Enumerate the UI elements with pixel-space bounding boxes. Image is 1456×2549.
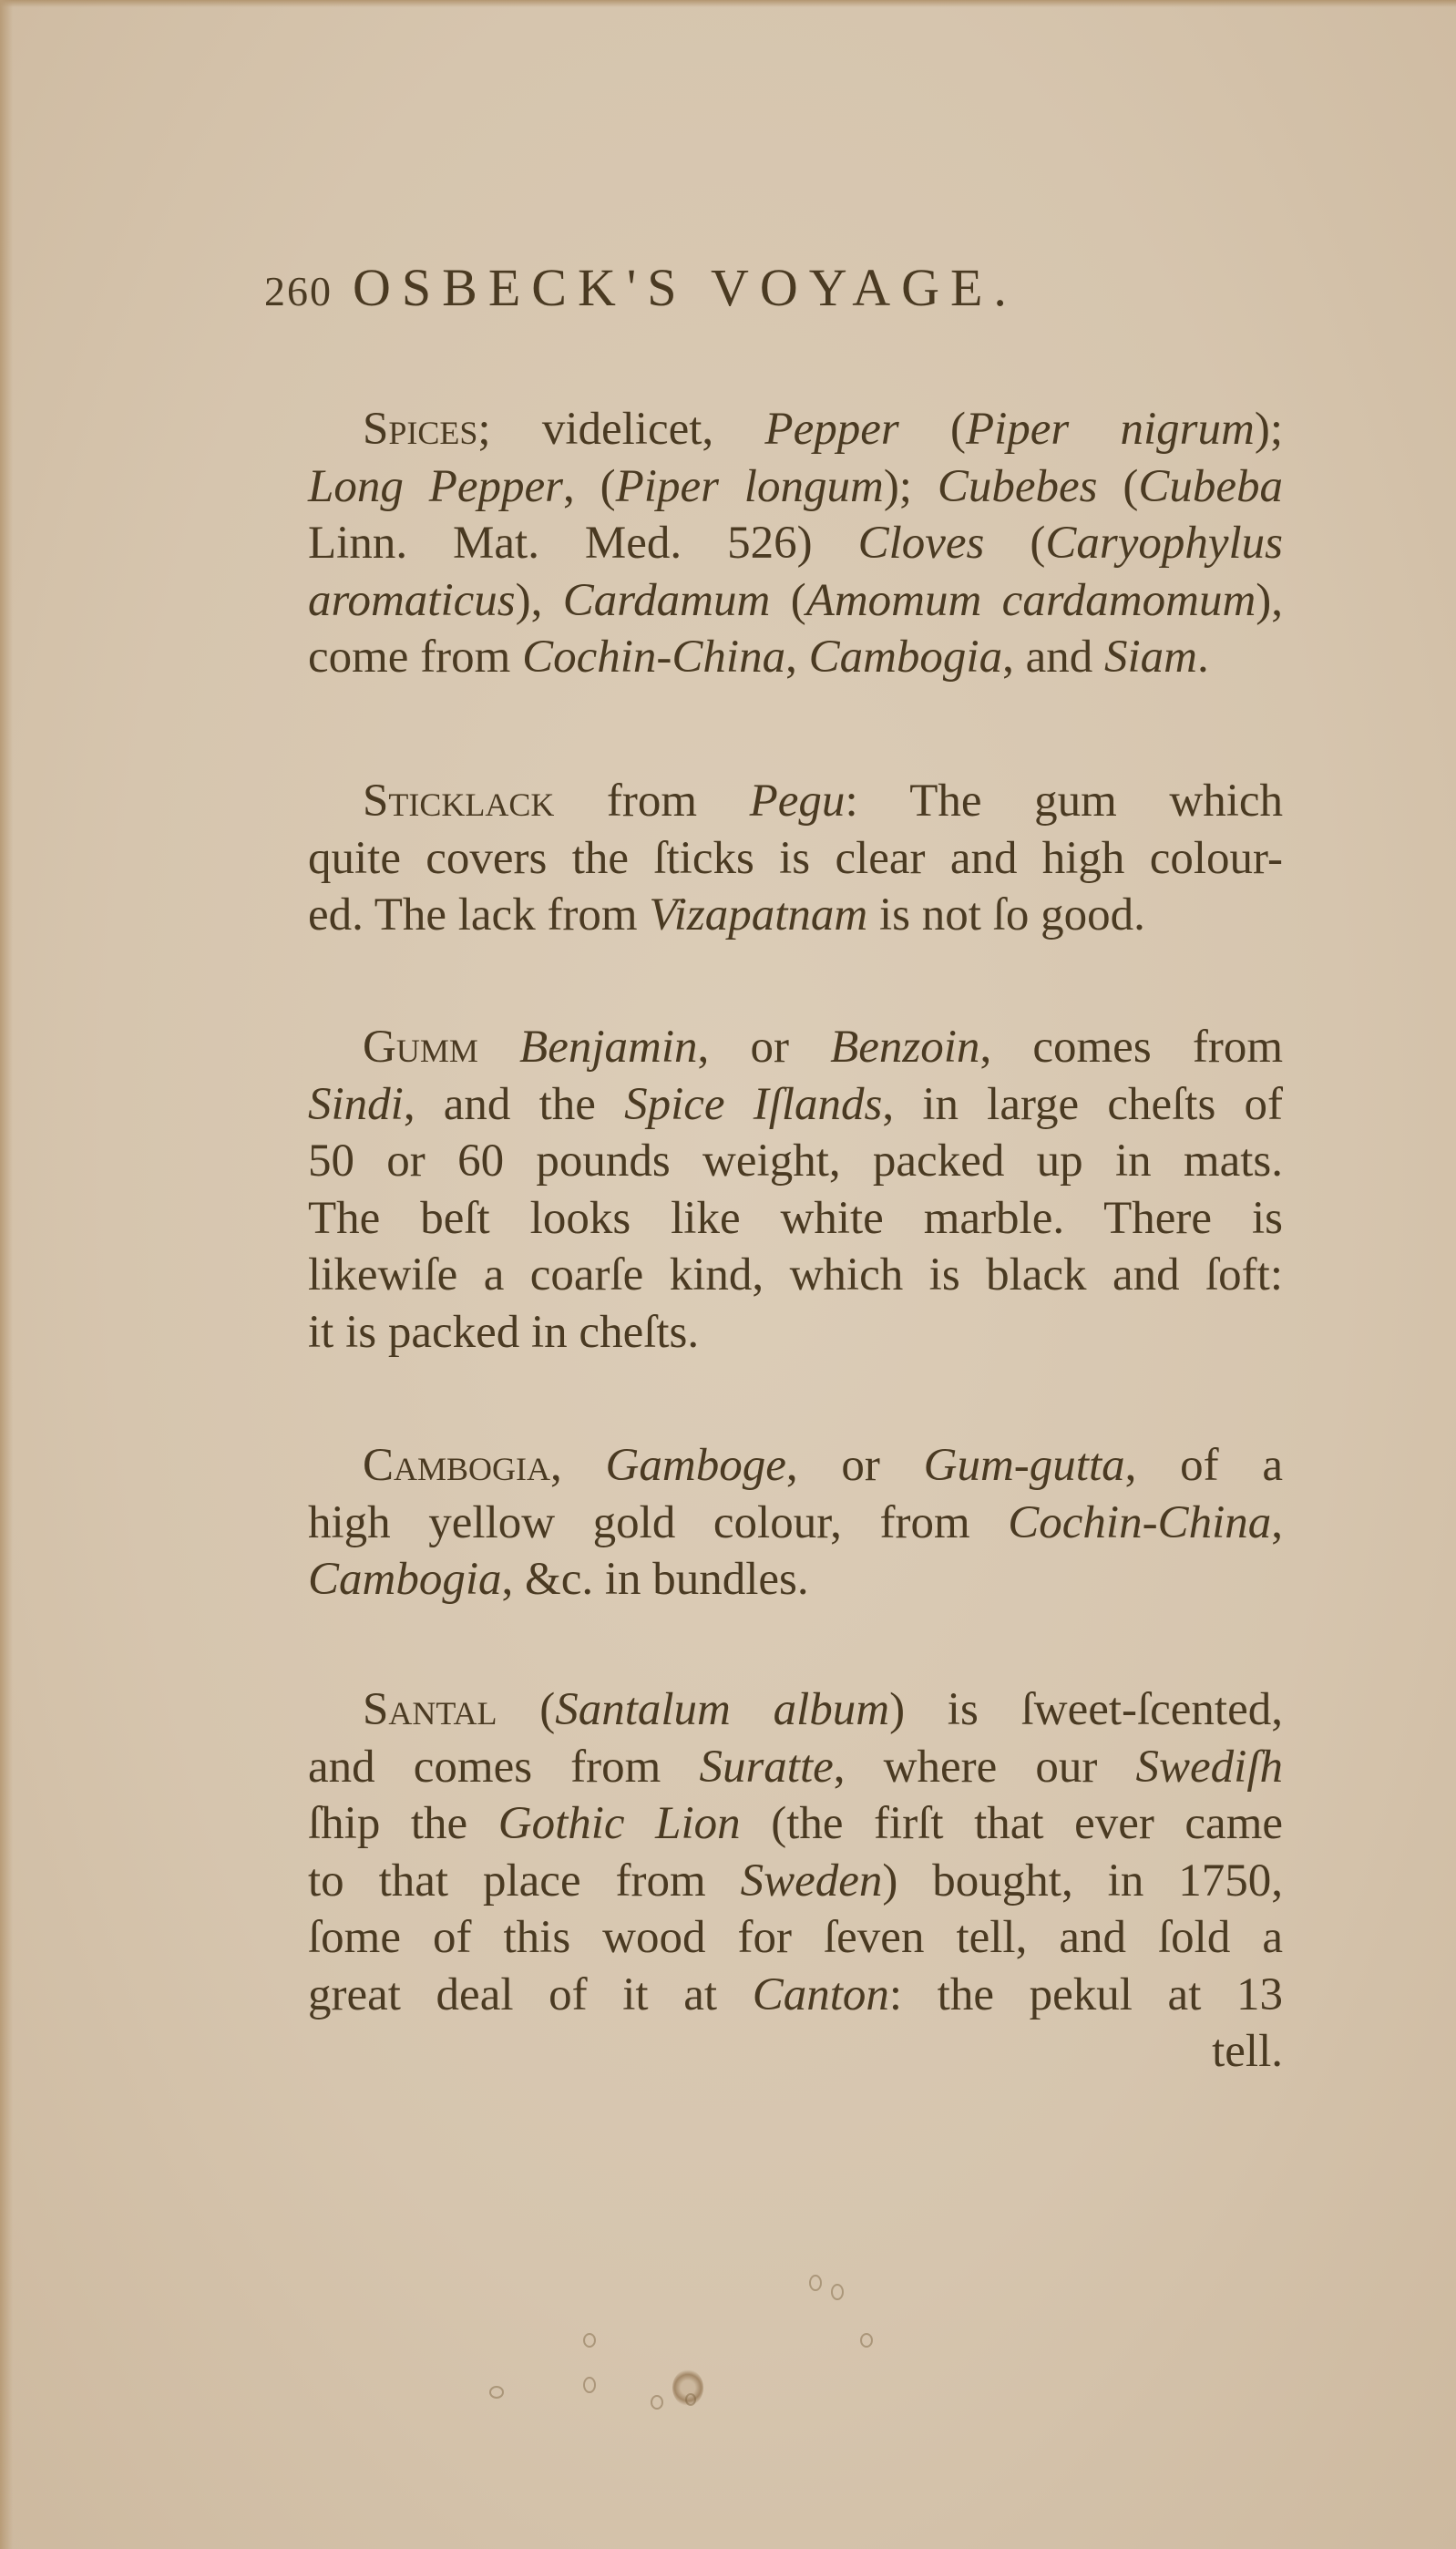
text-line: high yellow gold colour, from Cochin-Chi… (308, 1495, 1283, 1552)
text-run: : The gum which (845, 776, 1283, 827)
text-run: , (785, 632, 809, 683)
italic-term: Santalum album (555, 1684, 889, 1735)
text-line: The beſt looks like white marble. There … (308, 1190, 1283, 1248)
text-run: , in large cheſts of (882, 1079, 1283, 1130)
italic-term: Long Pepper (308, 461, 563, 512)
text-line: Long Pepper, (Piper longum); Cubebes (Cu… (308, 458, 1283, 516)
text-run: ( (1097, 461, 1138, 512)
text-line: ſome of this wood for ſeven tell, and ſo… (308, 1909, 1283, 1967)
text-run: 50 or 60 pounds weight, packed up in mat… (308, 1136, 1283, 1187)
italic-term: Sindi (308, 1079, 404, 1130)
text-run: ); (884, 461, 938, 512)
italic-term: Cubeba (1138, 461, 1283, 512)
text-line: quite covers the ſticks is clear and hig… (308, 830, 1283, 888)
text-line: ed. The lack from Vizapatnam is not ſo g… (308, 887, 1283, 944)
text-line: Sindi, and the Spice Iſlands, in large c… (308, 1076, 1283, 1134)
page-number: 260 (264, 268, 333, 314)
text-line: 50 or 60 pounds weight, packed up in mat… (308, 1133, 1283, 1190)
text-run: it is packed in cheſts. (308, 1307, 699, 1358)
paper-spot (583, 2333, 596, 2348)
page-edge-top (0, 0, 1456, 7)
italic-term: Cubebes (938, 461, 1098, 512)
text-run: ed. The lack from (308, 889, 649, 940)
italic-term: Cardamum (563, 575, 771, 626)
italic-term: Cloves (858, 518, 985, 569)
text-run: is not ſo good. (867, 889, 1145, 940)
text-run: ), (1256, 575, 1283, 626)
italic-term: Benzoin (830, 1022, 979, 1073)
text-run: , and the (404, 1079, 624, 1130)
text-run: ) is ſweet-ſcented, (889, 1684, 1283, 1735)
entry-heading: Spices (363, 404, 477, 455)
entry-heading: Sticklack (363, 776, 554, 827)
italic-term: Piper nigrum (966, 404, 1255, 455)
paper-spot (651, 2395, 663, 2410)
paper-spot (831, 2284, 844, 2300)
running-header: 260OSBECK'S VOYAGE. (264, 257, 1018, 318)
paper-spot (860, 2333, 873, 2348)
text-run: , or (786, 1440, 924, 1491)
italic-term: Cambogia (308, 1554, 502, 1605)
text-line: Spices; videlicet, Pepper (Piper nigrum)… (308, 401, 1283, 458)
italic-term: Gum-gutta (924, 1440, 1125, 1491)
text-run: from (554, 776, 749, 827)
italic-term: Gothic Lion (498, 1798, 741, 1849)
paper-spot (489, 2386, 504, 2399)
italic-term: Cambogia (809, 632, 1003, 683)
text-run: The beſt looks like white marble. There … (308, 1193, 1283, 1244)
italic-term: Siam (1104, 632, 1197, 683)
text-run: ) bought, in 1750, (882, 1855, 1283, 1907)
text-line: Santal (Santalum album) is ſweet-ſcented… (308, 1681, 1283, 1739)
text-run: likewiſe a coarſe kind, which is black a… (308, 1249, 1283, 1300)
italic-term: Spice Iſlands (624, 1079, 882, 1130)
paragraph-spices: Spices; videlicet, Pepper (Piper nigrum)… (308, 401, 1283, 686)
entry-heading: Gumm (363, 1022, 478, 1073)
text-line: and comes from Suratte, where our Swediſ… (308, 1739, 1283, 1796)
italic-term: Vizapatnam (649, 889, 867, 940)
text-run: and comes from (308, 1742, 699, 1793)
text-run: (the firſt that ever came (741, 1798, 1283, 1849)
book-page: 260OSBECK'S VOYAGE. Spices; videlicet, P… (0, 0, 1456, 2549)
text-run: ſhip the (308, 1798, 498, 1849)
text-run: ( (984, 518, 1045, 569)
paragraph-gumm-benjamin: Gumm Benjamin, or Benzoin, comes fromSin… (308, 1019, 1283, 1361)
text-run: ( (899, 404, 966, 455)
text-run: ; videlicet, (477, 404, 764, 455)
catchword: tell. (308, 2023, 1283, 2081)
text-run (478, 1022, 519, 1073)
text-run: , of a (1125, 1440, 1283, 1491)
text-run: high yellow gold colour, from (308, 1497, 1008, 1548)
text-run: quite covers the ſticks is clear and hig… (308, 833, 1283, 884)
text-run: , (550, 1440, 606, 1491)
italic-term: Caryophylus (1045, 518, 1283, 569)
text-line: Sticklack from Pegu: The gum which (308, 773, 1283, 830)
italic-term: Swediſh (1136, 1742, 1284, 1793)
paragraph-sticklack: Sticklack from Pegu: The gum whichquite … (308, 773, 1283, 944)
text-run: ( (497, 1684, 555, 1735)
paper-spot (809, 2275, 822, 2291)
text-line: it is packed in cheſts. (308, 1304, 1283, 1362)
text-run: to that place from (308, 1855, 741, 1907)
text-run: , comes from (979, 1022, 1283, 1073)
text-run: , where our (834, 1742, 1136, 1793)
text-line: Linn. Mat. Med. 526) Cloves (Caryophylus (308, 515, 1283, 572)
italic-term: Gamboge (606, 1440, 786, 1491)
italic-term: aromaticus (308, 575, 516, 626)
italic-term: Suratte (699, 1742, 833, 1793)
text-line: Gumm Benjamin, or Benzoin, comes from (308, 1019, 1283, 1076)
text-run: ), (516, 575, 563, 626)
running-title: OSBECK'S VOYAGE. (353, 258, 1018, 317)
text-run: : the pekul at 13 (889, 1969, 1283, 2020)
italic-term: Pegu (750, 776, 846, 827)
text-run: , (1271, 1497, 1283, 1548)
italic-term: Canton (753, 1969, 889, 2020)
text-run: great deal of it at (308, 1969, 753, 2020)
text-line: ſhip the Gothic Lion (the firſt that eve… (308, 1795, 1283, 1853)
text-run: , and (1002, 632, 1104, 683)
paragraph-cambogia: Cambogia, Gamboge, or Gum-gutta, of ahig… (308, 1437, 1283, 1609)
italic-term: Cochin-China (522, 632, 785, 683)
italic-term: Amomum cardamomum (806, 575, 1256, 626)
entry-heading: Cambogia (363, 1440, 550, 1491)
text-run: ( (770, 575, 805, 626)
text-line: aromaticus), Cardamum (Amomum cardamomum… (308, 572, 1283, 630)
text-run: , &c. in bundles. (502, 1554, 809, 1605)
text-line: likewiſe a coarſe kind, which is black a… (308, 1247, 1283, 1304)
text-run: , ( (563, 461, 616, 512)
text-run: come from (308, 632, 522, 683)
text-line: great deal of it at Canton: the pekul at… (308, 1967, 1283, 2024)
page-edge-left (0, 0, 13, 2549)
text-run: , or (698, 1022, 831, 1073)
text-run: Linn. Mat. Med. 526) (308, 518, 858, 569)
text-line: come from Cochin-China, Cambogia, and Si… (308, 629, 1283, 686)
italic-term: Benjamin (519, 1022, 697, 1073)
paragraph-santal: Santal (Santalum album) is ſweet-ſcented… (308, 1681, 1283, 2081)
text-run: ); (1255, 404, 1283, 455)
italic-term: Cochin-China (1008, 1497, 1271, 1548)
paper-spot (685, 2393, 696, 2406)
entry-heading: Santal (363, 1684, 497, 1735)
text-run: . (1197, 632, 1209, 683)
text-line: Cambogia, &c. in bundles. (308, 1551, 1283, 1609)
italic-term: Sweden (741, 1855, 883, 1907)
italic-term: Piper longum (616, 461, 884, 512)
text-line: Cambogia, Gamboge, or Gum-gutta, of a (308, 1437, 1283, 1495)
text-run: ſome of this wood for ſeven tell, and ſo… (308, 1912, 1283, 1963)
italic-term: Pepper (764, 404, 898, 455)
paper-spot (583, 2377, 596, 2393)
text-line: to that place from Sweden) bought, in 17… (308, 1853, 1283, 1910)
